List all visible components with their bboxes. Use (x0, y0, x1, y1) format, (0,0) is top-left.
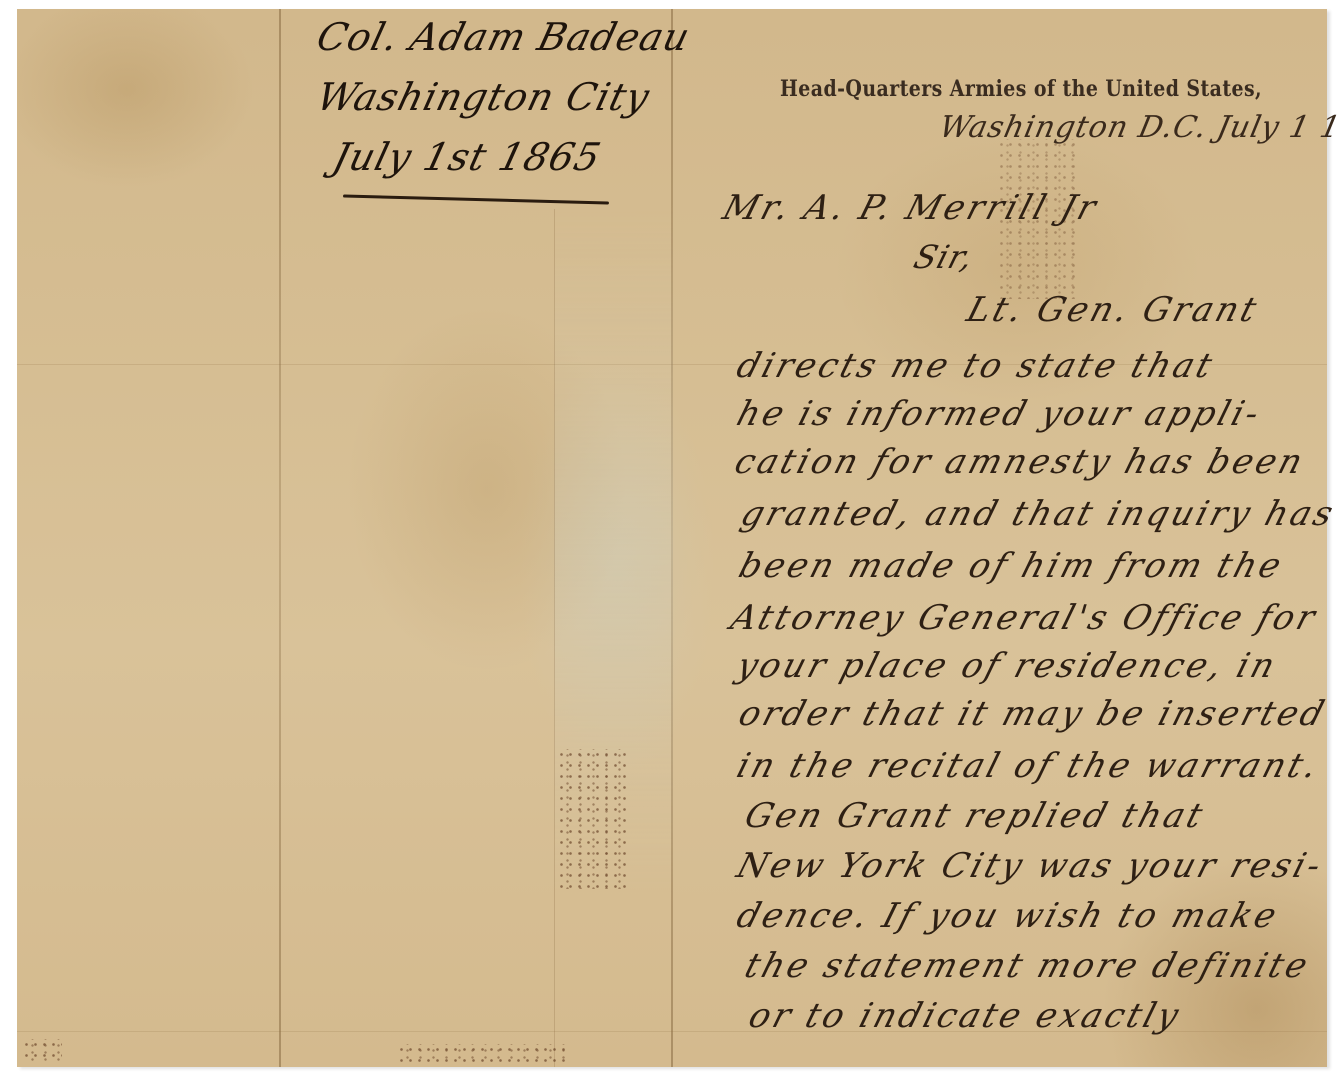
salutation: Sir, (910, 238, 979, 276)
body-line: or to indicate exactly (744, 996, 1186, 1036)
body-line: order that it may be inserted (734, 694, 1331, 734)
endorsement-name: Col. Adam Badeau (313, 18, 694, 56)
body-line: in the recital of the warrant. (732, 746, 1324, 786)
body-line: Lt. Gen. Grant (962, 290, 1263, 330)
fold-line-1 (279, 9, 281, 1067)
body-line: your place of residence, in (732, 646, 1282, 686)
body-line: he is informed your appli- (732, 394, 1266, 434)
inner-fold-panel (554, 209, 673, 1067)
foxing-spots (22, 1039, 62, 1064)
addressee: Mr. A. P. Merrill Jr (718, 188, 1103, 228)
body-line: dence. If you wish to make (732, 896, 1284, 936)
body-line: Gen Grant replied that (740, 796, 1210, 836)
body-line: granted, and that inquiry has (736, 494, 1340, 534)
endorsement-place: Washington City (313, 78, 653, 116)
dateline: Washington D.C. July 1 1865 (936, 110, 1340, 145)
printed-letterhead: Head-Quarters Armies of the United State… (780, 76, 1262, 102)
body-line: been made of him from the (734, 546, 1288, 586)
endorsement-date: July 1st 1865 (329, 138, 605, 176)
body-line: cation for amnesty has been (730, 442, 1310, 482)
body-line: directs me to state that (732, 346, 1219, 386)
foxing-spots (557, 749, 627, 889)
foxing-spots (397, 1044, 567, 1062)
body-line: New York City was your resi- (732, 846, 1328, 886)
body-line: the statement more definite (740, 946, 1315, 986)
body-line: Attorney General's Office for (726, 598, 1322, 638)
